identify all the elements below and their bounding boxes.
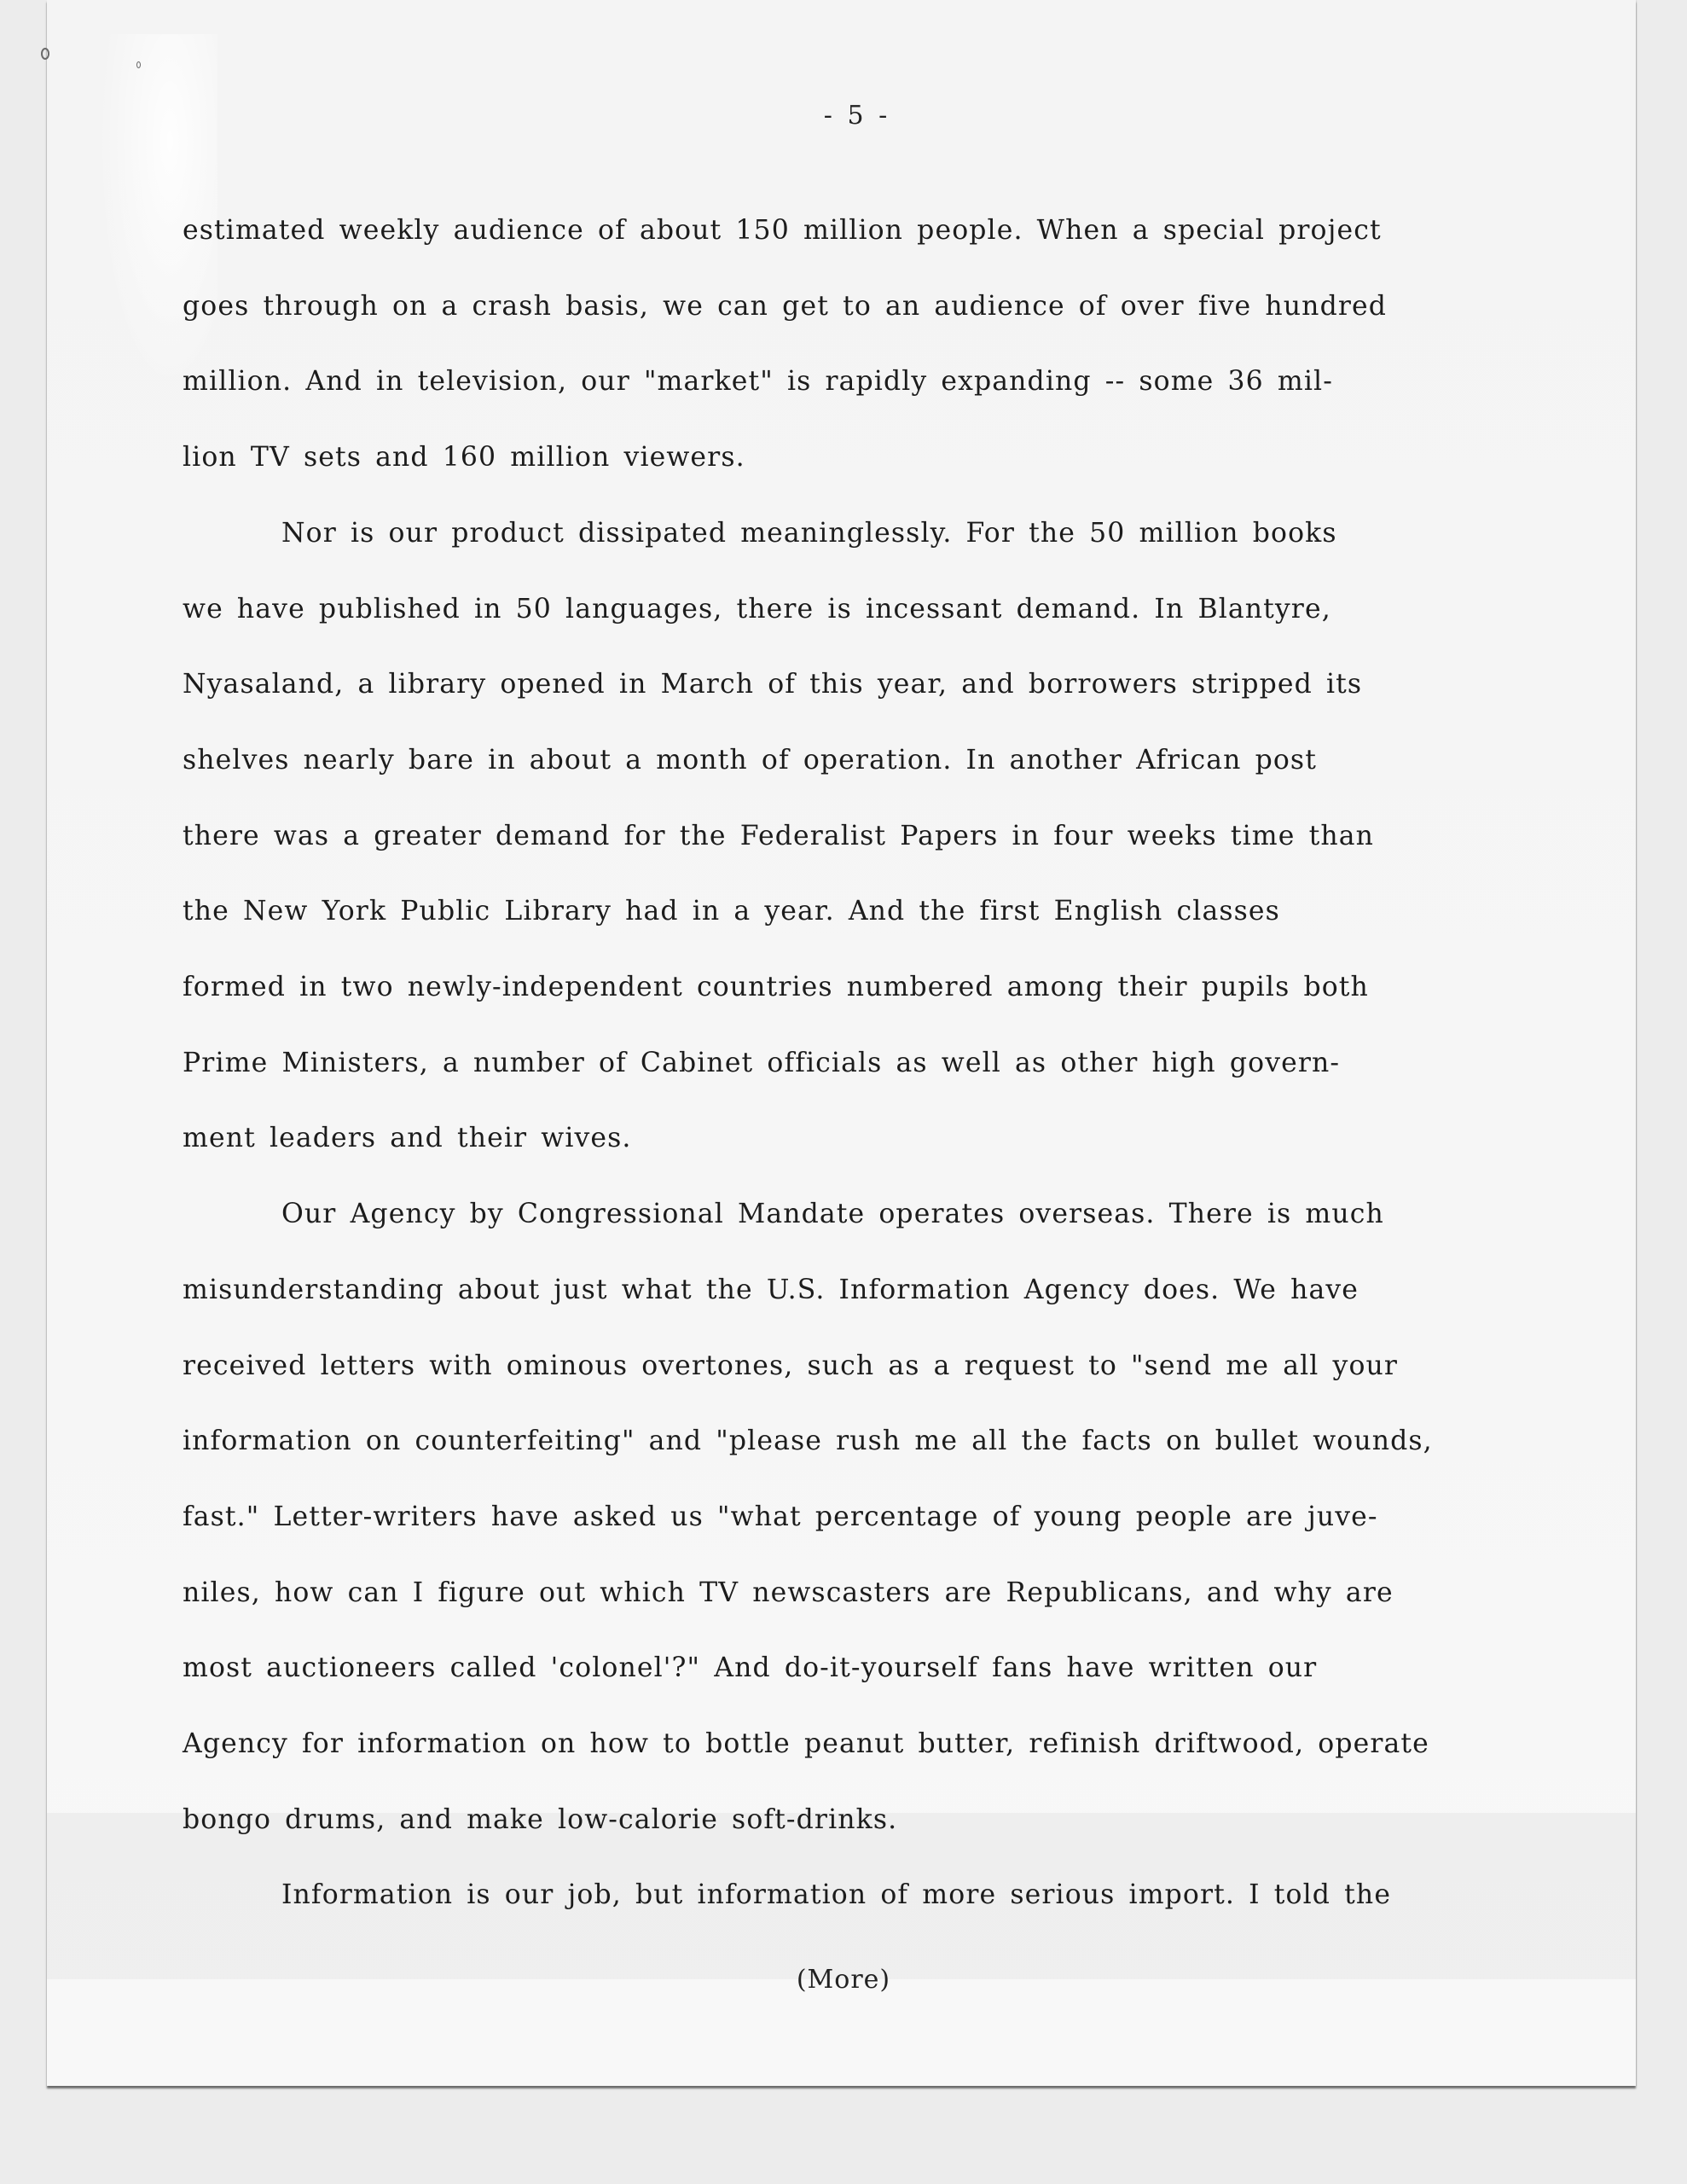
text-line: Information is our job, but information … <box>281 1879 1391 1910</box>
text-line: we have published in 50 languages, there… <box>183 594 1331 624</box>
staple-hole-icon <box>136 61 141 68</box>
paper-curl-shading <box>98 34 217 392</box>
text-line: ment leaders and their wives. <box>183 1123 632 1153</box>
text-line: lion TV sets and 160 million viewers. <box>183 442 745 473</box>
text-line: goes through on a crash basis, we can ge… <box>183 291 1387 322</box>
staple-hole-icon <box>41 48 49 60</box>
text-line: misunderstanding about just what the U.S… <box>183 1275 1359 1305</box>
text-line: information on counterfeiting" and "plea… <box>183 1426 1433 1456</box>
text-line: there was a greater demand for the Feder… <box>183 821 1374 851</box>
text-line: Agency for information on how to bottle … <box>183 1728 1429 1759</box>
text-line: Prime Ministers, a number of Cabinet off… <box>183 1048 1340 1078</box>
text-line: Our Agency by Congressional Mandate oper… <box>281 1199 1384 1229</box>
text-line: the New York Public Library had in a yea… <box>183 896 1280 926</box>
text-line: most auctioneers called 'colonel'?" And … <box>183 1653 1317 1683</box>
text-line: formed in two newly-independent countrie… <box>183 972 1369 1002</box>
continuation-marker: (More) <box>0 1965 1687 1995</box>
text-line: million. And in television, our "market"… <box>183 366 1333 397</box>
page-number: - 5 - <box>0 101 1687 131</box>
text-line: fast." Letter-writers have asked us "wha… <box>183 1501 1378 1532</box>
text-line: Nyasaland, a library opened in March of … <box>183 669 1362 700</box>
text-line: estimated weekly audience of about 150 m… <box>183 215 1382 246</box>
text-line: shelves nearly bare in about a month of … <box>183 745 1317 775</box>
text-line: bongo drums, and make low-calorie soft-d… <box>183 1804 897 1835</box>
text-line: Nor is our product dissipated meaningles… <box>281 518 1337 549</box>
text-line: niles, how can I figure out which TV new… <box>183 1577 1394 1608</box>
text-line: received letters with ominous overtones,… <box>183 1350 1398 1381</box>
